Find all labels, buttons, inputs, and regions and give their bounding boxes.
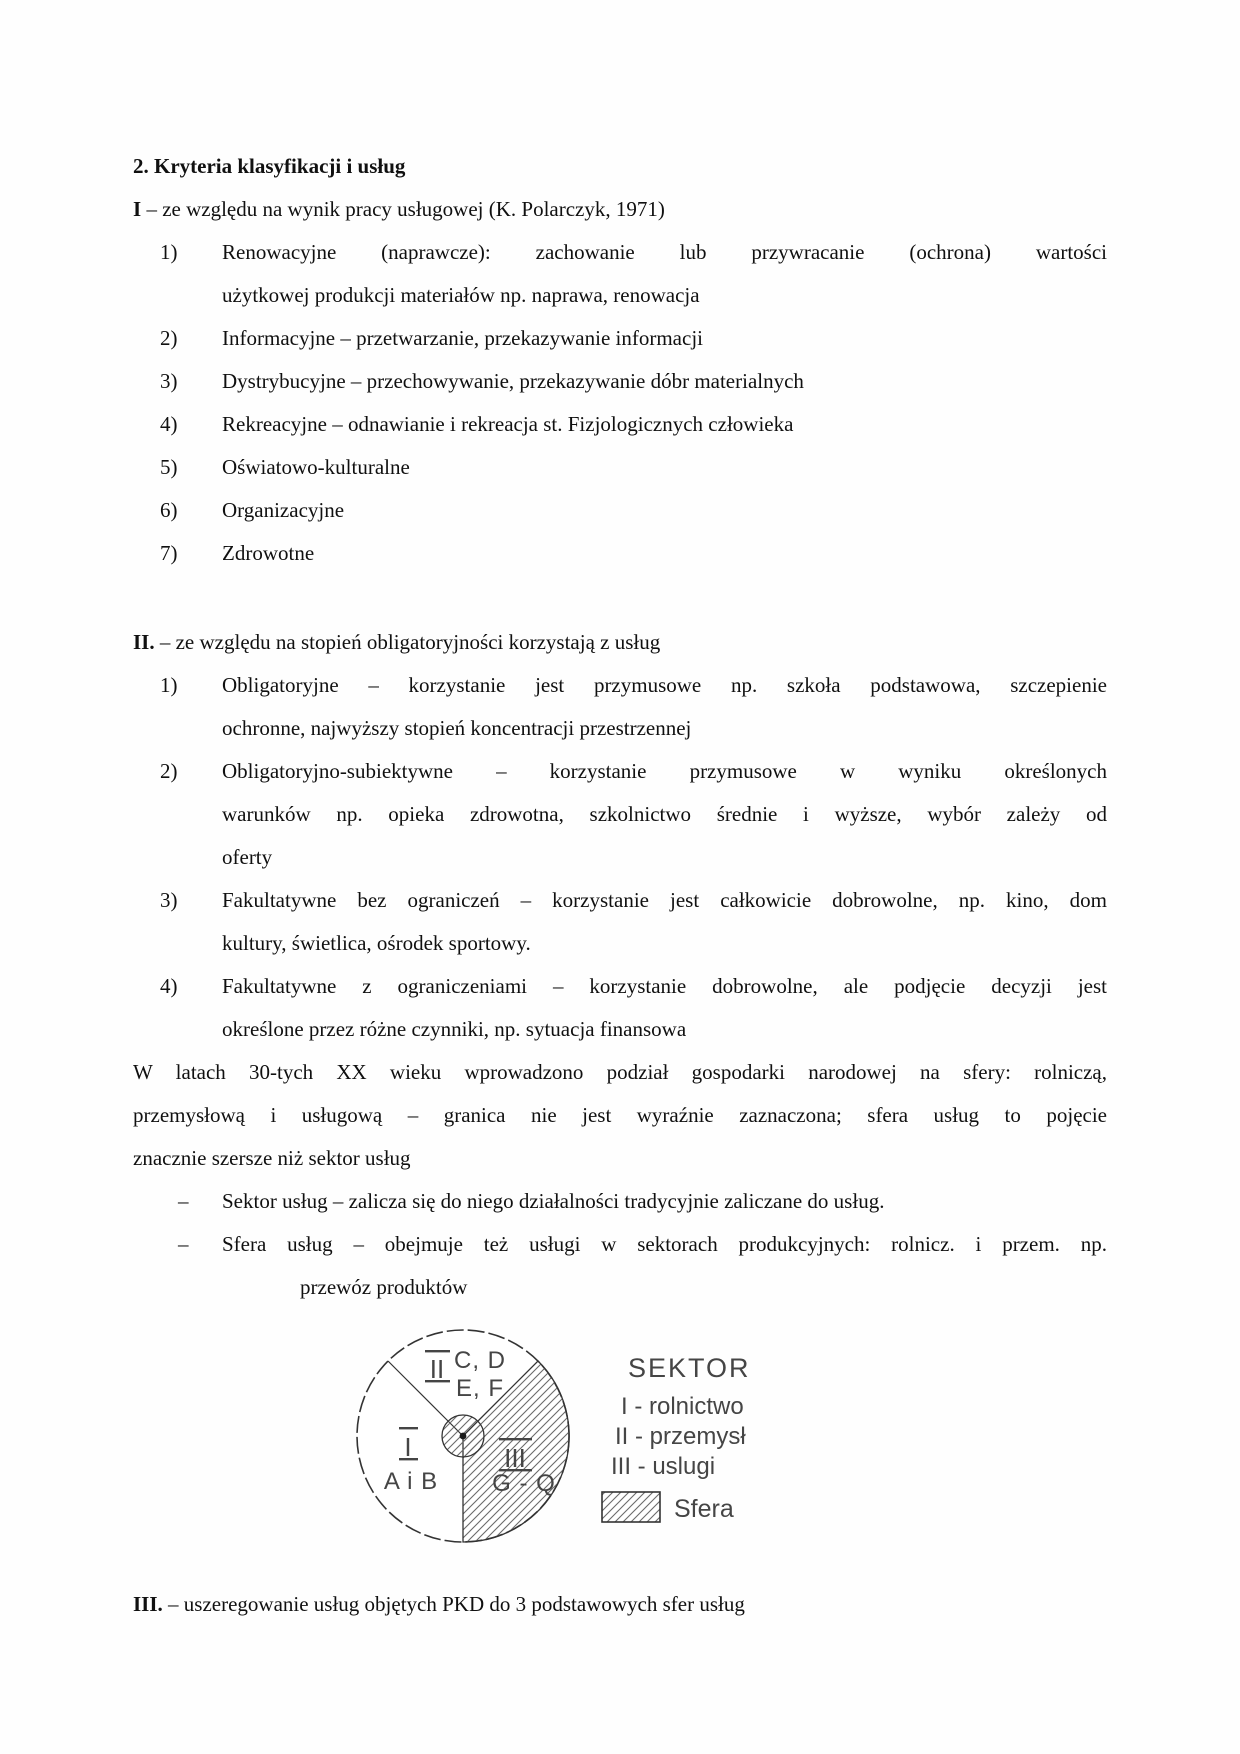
list-item-number: 1) bbox=[160, 231, 178, 274]
list-item-line: Obligatoryjne – korzystanie jest przymus… bbox=[222, 664, 1107, 707]
list-item: 2) Obligatoryjno-subiektywne – korzystan… bbox=[133, 750, 1107, 879]
dash-marker: – bbox=[178, 1223, 189, 1266]
list-item: 1) Obligatoryjne – korzystanie jest przy… bbox=[133, 664, 1107, 750]
section-3-intro: III. – uszeregowanie usług objętych PKD … bbox=[133, 1583, 1107, 1626]
section-1-intro-text: – ze względu na wynik pracy usługowej (K… bbox=[141, 197, 665, 221]
legend-item-uslugi: III - uslugi bbox=[611, 1453, 715, 1480]
list-item-number: 2) bbox=[160, 750, 178, 793]
list-item-line: kultury, świetlica, ośrodek sportowy. bbox=[222, 922, 1107, 965]
list-item-line: przewóz produktów bbox=[222, 1266, 1107, 1309]
section-3-text: – uszeregowanie usług objętych PKD do 3 … bbox=[163, 1592, 745, 1616]
list-item-number: 1) bbox=[160, 664, 178, 707]
legend-title: SEKTOR bbox=[628, 1353, 751, 1383]
section-1-marker: I bbox=[133, 197, 141, 221]
list-item-line: Sektor usług – zalicza się do niego dzia… bbox=[222, 1180, 1107, 1223]
dash-list-item: – Sektor usług – zalicza się do niego dz… bbox=[133, 1180, 1107, 1223]
list-item-number: 7) bbox=[160, 532, 178, 575]
list-item-line: Sfera usług – obejmuje też usługi w sekt… bbox=[222, 1223, 1107, 1266]
sector-ii-classes-2: E, F bbox=[456, 1375, 504, 1402]
list-item-line: Fakultatywne bez ograniczeń – korzystani… bbox=[222, 879, 1107, 922]
roman-bar bbox=[425, 1350, 450, 1352]
list-item: 3) Dystrybucyjne – przechowywanie, przek… bbox=[133, 360, 1107, 403]
list-item-line: oferty bbox=[222, 836, 1107, 879]
list-item-line: Dystrybucyjne – przechowywanie, przekazy… bbox=[222, 360, 1107, 403]
roman-bar bbox=[499, 1438, 532, 1440]
section-3-marker: III. bbox=[133, 1592, 163, 1616]
list-item: 1) Renowacyjne (naprawcze): zachowanie l… bbox=[133, 231, 1107, 317]
page-title: 2. Kryteria klasyfikacji i usług bbox=[133, 145, 1107, 188]
paragraph: W latach 30-tych XX wieku wprowadzono po… bbox=[133, 1051, 1107, 1180]
legend-item-rolnictwo: I - rolnictwo bbox=[621, 1393, 744, 1420]
list-item-number: 4) bbox=[160, 965, 178, 1008]
list-item-line: Informacyjne – przetwarzanie, przekazywa… bbox=[222, 317, 1107, 360]
section-2-intro: II. – ze względu na stopień obligatoryjn… bbox=[133, 621, 1107, 664]
list-item-line: warunków np. opieka zdrowotna, szkolnict… bbox=[222, 793, 1107, 836]
paragraph-line: znacznie szersze niż sektor usług bbox=[133, 1137, 1107, 1180]
list-item-line: Organizacyjne bbox=[222, 489, 1107, 532]
dash-list-item: – Sfera usług – obejmuje też usługi w se… bbox=[133, 1223, 1107, 1309]
section-1-intro: I – ze względu na wynik pracy usługowej … bbox=[133, 188, 1107, 231]
document-page: 2. Kryteria klasyfikacji i usług I – ze … bbox=[133, 0, 1107, 1626]
dash-marker: – bbox=[178, 1180, 189, 1223]
sfera-hatch-swatch bbox=[602, 1492, 660, 1522]
sector-pie-diagram: II C, D E, F I A i B III G - Q SEKTOR I … bbox=[330, 1319, 1107, 1567]
paragraph-line: przemysłową i usługową – granica nie jes… bbox=[133, 1094, 1107, 1137]
paragraph-line: W latach 30-tych XX wieku wprowadzono po… bbox=[133, 1051, 1107, 1094]
list-item-number: 6) bbox=[160, 489, 178, 532]
section-2-marker: II. bbox=[133, 630, 155, 654]
list-item-line: ochronne, najwyższy stopień koncentracji… bbox=[222, 707, 1107, 750]
sfera-label: Sfera bbox=[674, 1495, 734, 1523]
list-item-line: Zdrowotne bbox=[222, 532, 1107, 575]
list-item-number: 3) bbox=[160, 360, 178, 403]
list-item: 4) Fakultatywne z ograniczeniami – korzy… bbox=[133, 965, 1107, 1051]
sector-i-classes: A i B bbox=[384, 1468, 438, 1495]
list-item: 2) Informacyjne – przetwarzanie, przekaz… bbox=[133, 317, 1107, 360]
legend-item-przemysl: II - przemysł bbox=[615, 1423, 746, 1450]
list-item-number: 2) bbox=[160, 317, 178, 360]
sector-ii-roman: II bbox=[430, 1354, 444, 1384]
sector-iii-classes: G - Q bbox=[492, 1470, 556, 1497]
sector-ii-classes-1: C, D bbox=[454, 1347, 506, 1374]
list-item: 3) Fakultatywne bez ograniczeń – korzyst… bbox=[133, 879, 1107, 965]
list-item-line: Fakultatywne z ograniczeniami – korzysta… bbox=[222, 965, 1107, 1008]
roman-bar bbox=[399, 1427, 418, 1429]
pie-chart: II C, D E, F I A i B III G - Q SEKTOR I … bbox=[330, 1319, 1010, 1567]
list-item: 5) Oświatowo-kulturalne bbox=[133, 446, 1107, 489]
list-item-line: Obligatoryjno-subiektywne – korzystanie … bbox=[222, 750, 1107, 793]
list-item-number: 5) bbox=[160, 446, 178, 489]
list-item-number: 4) bbox=[160, 403, 178, 446]
list-item-line: Renowacyjne (naprawcze): zachowanie lub … bbox=[222, 231, 1107, 274]
list-item: 6) Organizacyjne bbox=[133, 489, 1107, 532]
list-item-number: 3) bbox=[160, 879, 178, 922]
section-2-intro-text: – ze względu na stopień obligatoryjności… bbox=[155, 630, 661, 654]
list-item-line: Rekreacyjne – odnawianie i rekreacja st.… bbox=[222, 403, 1107, 446]
sector-iii-roman: III bbox=[504, 1443, 526, 1473]
list-item-line: określone przez różne czynniki, np. sytu… bbox=[222, 1008, 1107, 1051]
list-item: 4) Rekreacyjne – odnawianie i rekreacja … bbox=[133, 403, 1107, 446]
list-item: 7) Zdrowotne bbox=[133, 532, 1107, 575]
list-item-line: Oświatowo-kulturalne bbox=[222, 446, 1107, 489]
center-dot bbox=[460, 1433, 467, 1440]
list-item-line: użytkowej produkcji materiałów np. napra… bbox=[222, 274, 1107, 317]
sector-i-roman: I bbox=[404, 1432, 411, 1462]
